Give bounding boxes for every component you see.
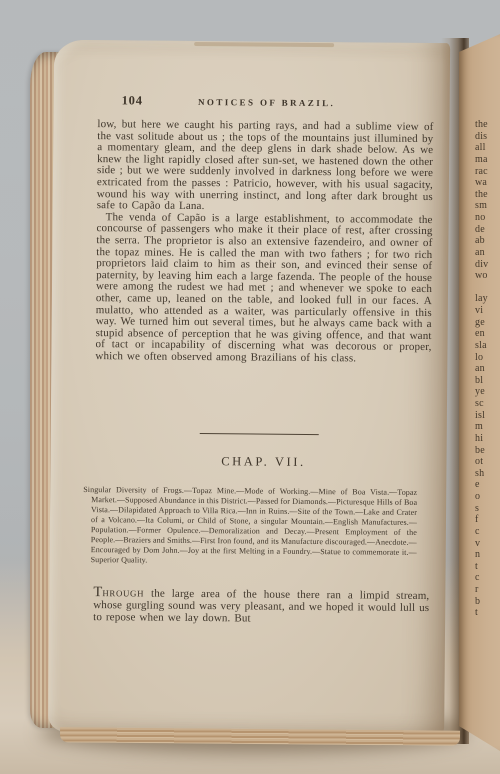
paragraph-continuation: low, but here we caught his parting rays… <box>97 119 434 215</box>
book-photo: 104 NOTICES OF BRAZIL. low, but here we … <box>0 0 500 774</box>
opening-paragraph: THROUGH the large area of the house ther… <box>93 587 429 626</box>
paragraph-venda: The venda of Capão is a large establishm… <box>95 212 432 366</box>
section-divider-rule <box>200 433 319 435</box>
chapter-summary: Singular Diversity of Frogs.—Topaz Mine.… <box>83 485 418 568</box>
facing-page-text-fragments: the dis all ma rac wa the sm no de ab an… <box>475 119 488 619</box>
facing-page-sliver: the dis all ma rac wa the sm no de ab an… <box>459 32 500 754</box>
opening-text: the large area of the house there ran a … <box>93 588 429 625</box>
initial-capital: T <box>93 584 102 600</box>
page-header: 104 NOTICES OF BRAZIL. <box>98 93 436 111</box>
book-page-left: 104 NOTICES OF BRAZIL. low, but here we … <box>48 40 450 735</box>
small-caps-word: HROUGH <box>102 588 144 598</box>
chapter-heading: CHAP. VII. <box>94 453 432 471</box>
running-head: NOTICES OF BRAZIL. <box>98 96 436 109</box>
body-text: low, but here we caught his parting rays… <box>95 119 433 365</box>
